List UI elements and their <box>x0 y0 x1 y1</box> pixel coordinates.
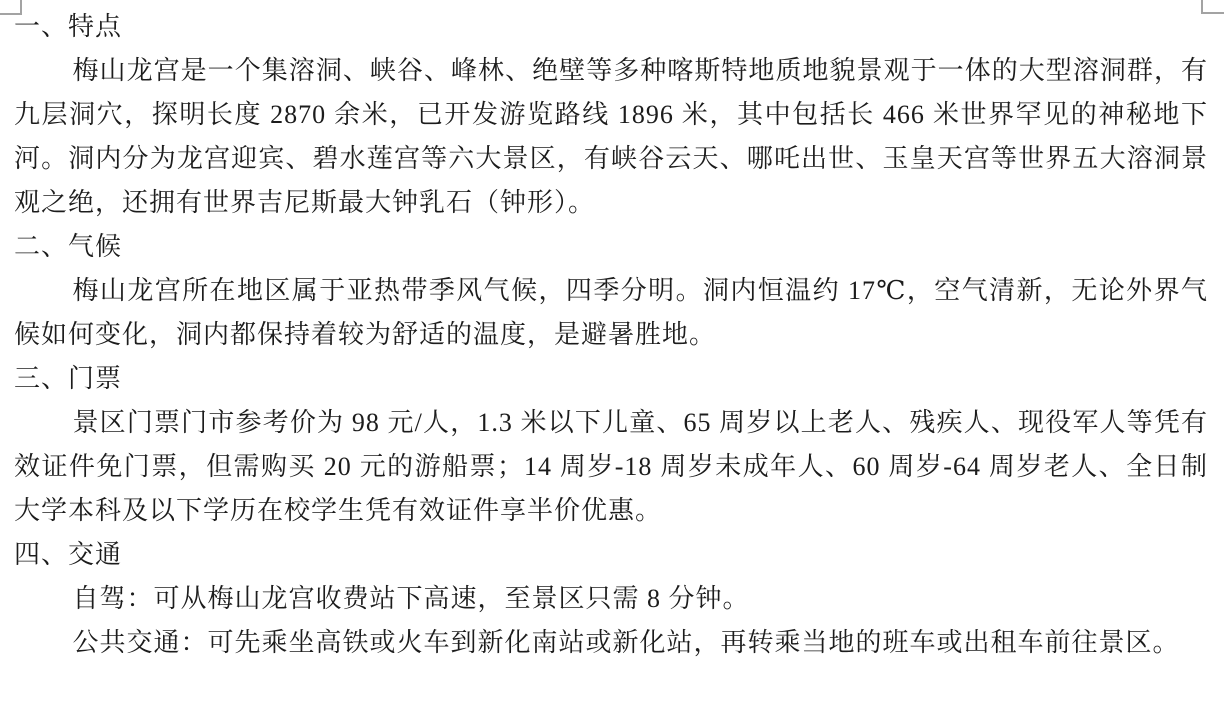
section-heading-features: 一、特点 <box>14 5 1208 49</box>
document-body: 一、特点 梅山龙宫是一个集溶洞、峡谷、峰林、绝壁等多种喀斯特地质地貌景观于一体的… <box>14 5 1208 665</box>
paragraph-tickets: 景区门票门市参考价为 98 元/人，1.3 米以下儿童、65 周岁以上老人、残疾… <box>14 401 1208 533</box>
section-heading-climate: 二、气候 <box>14 225 1208 269</box>
paragraph-transport-public: 公共交通：可先乘坐高铁或火车到新化南站或新化站，再转乘当地的班车或出租车前往景区… <box>14 621 1208 665</box>
document-page: 一、特点 梅山龙宫是一个集溶洞、峡谷、峰林、绝壁等多种喀斯特地质地貌景观于一体的… <box>0 0 1224 720</box>
section-heading-transport: 四、交通 <box>14 533 1208 577</box>
paragraph-climate: 梅山龙宫所在地区属于亚热带季风气候，四季分明。洞内恒温约 17℃，空气清新，无论… <box>14 269 1208 357</box>
section-heading-tickets: 三、门票 <box>14 357 1208 401</box>
paragraph-features: 梅山龙宫是一个集溶洞、峡谷、峰林、绝壁等多种喀斯特地质地貌景观于一体的大型溶洞群… <box>14 49 1208 225</box>
paragraph-transport-selfdrive: 自驾：可从梅山龙宫收费站下高速，至景区只需 8 分钟。 <box>14 577 1208 621</box>
